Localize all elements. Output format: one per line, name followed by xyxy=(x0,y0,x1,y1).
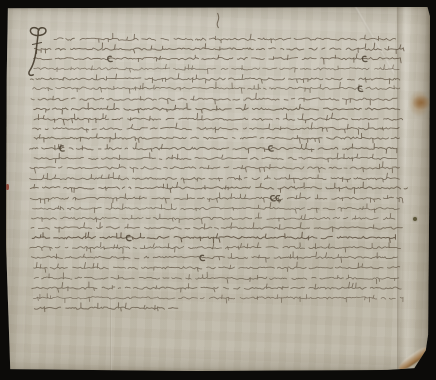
ink-speck xyxy=(413,217,417,221)
top-right-crease xyxy=(352,2,396,75)
red-speck xyxy=(6,184,9,190)
bottom-crease xyxy=(110,297,112,371)
photo-backdrop xyxy=(0,0,436,380)
rust-stain-core xyxy=(412,95,431,110)
parchment-document xyxy=(6,7,430,371)
right-fold-crease xyxy=(397,7,430,371)
